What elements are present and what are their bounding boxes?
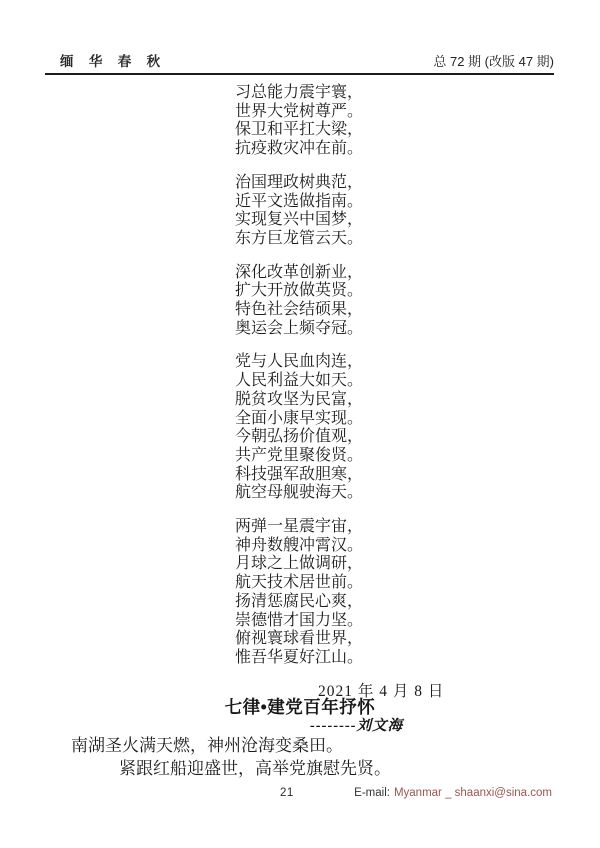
issue-info: 总 72 期 (改版 47 期) — [433, 51, 554, 70]
email-address: Myanmar _ shaanxi@sina.com — [394, 787, 552, 799]
poem-line: 俯视寰球看世界， — [235, 630, 444, 649]
poem-line: 月球之上做调研， — [235, 555, 444, 574]
poem-line: 人民利益大如天。 — [235, 372, 444, 391]
second-poem-body: 南湖圣火满天燃，神州沧海变桑田。 紧跟红船迎盛世，高举党旗慰先贤。 — [71, 735, 391, 780]
poem-line: 脱贫攻坚为民富， — [235, 391, 444, 410]
page-header: 缅 华 春 秋 总 72 期 (改版 47 期) — [45, 52, 554, 75]
page-number: 21 — [280, 787, 294, 799]
poem-line: 近平文选做指南。 — [235, 193, 444, 212]
poem-stanza: 治国理政树典范，近平文选做指南。实现复兴中国梦，东方巨龙管云天。 — [235, 174, 444, 249]
poem-line: 世界大党树尊严。 — [235, 103, 444, 122]
poem-line: 今朝弘扬价值观， — [235, 428, 444, 447]
poem-line: 神舟数艘冲霄汉。 — [235, 537, 444, 556]
poem-stanza: 深化改革创新业，扩大开放做英贤。特色社会结硕果，奥运会上频夺冠。 — [235, 264, 444, 339]
second-poem-author: --------刘文海 — [310, 714, 403, 735]
journal-title: 缅 华 春 秋 — [45, 50, 166, 70]
poem-line: 科技强军敌胆寒， — [235, 466, 444, 485]
poem-line: 全面小康早实现。 — [235, 410, 444, 429]
second-poem-title: 七律•建党百年抒怀 — [0, 694, 600, 719]
poem-line: 扬清惩腐民心爽， — [235, 593, 444, 612]
magazine-page: 缅 华 春 秋 总 72 期 (改版 47 期) 习总能力震宇寰，世界大党树尊严… — [0, 0, 600, 848]
main-poem: 习总能力震宇寰，世界大党树尊严。保卫和平扛大梁，抗疫救灾冲在前。 治国理政树典范… — [235, 84, 444, 701]
email-label: E-mail: — [354, 787, 390, 799]
poem-line: 南湖圣火满天燃，神州沧海变桑田。 — [71, 735, 391, 758]
footer-email: E-mail:Myanmar _ shaanxi@sina.com — [354, 787, 552, 799]
poem-line: 保卫和平扛大梁， — [235, 121, 444, 140]
poem-line: 惟吾华夏好江山。 — [235, 649, 444, 668]
poem-line: 航空母舰驶海天。 — [235, 484, 444, 503]
poem-line: 扩大开放做英贤。 — [235, 282, 444, 301]
poem-line: 两弹一星震宇宙， — [235, 518, 444, 537]
poem-line: 奥运会上频夺冠。 — [235, 320, 444, 339]
poem-line: 深化改革创新业， — [235, 264, 444, 283]
poem-line: 实现复兴中国梦， — [235, 211, 444, 230]
poem-line: 治国理政树典范， — [235, 174, 444, 193]
poem-line: 紧跟红船迎盛世，高举党旗慰先贤。 — [119, 758, 391, 781]
poem-stanza: 习总能力震宇寰，世界大党树尊严。保卫和平扛大梁，抗疫救灾冲在前。 — [235, 84, 444, 159]
poem-line: 崇德惜才国力坚。 — [235, 612, 444, 631]
poem-line: 东方巨龙管云天。 — [235, 230, 444, 249]
page-footer: 21 E-mail:Myanmar _ shaanxi@sina.com — [0, 787, 600, 803]
poem-line: 抗疫救灾冲在前。 — [235, 140, 444, 159]
poem-stanza: 两弹一星震宇宙，神舟数艘冲霄汉。月球之上做调研，航天技术居世前。扬清惩腐民心爽，… — [235, 518, 444, 668]
poem-line: 特色社会结硕果， — [235, 301, 444, 320]
poem-line: 航天技术居世前。 — [235, 574, 444, 593]
poem-line: 党与人民血肉连， — [235, 353, 444, 372]
poem-line: 共产党里聚俊贤。 — [235, 447, 444, 466]
poem-line: 习总能力震宇寰， — [235, 84, 444, 103]
poem-stanza: 党与人民血肉连，人民利益大如天。脱贫攻坚为民富，全面小康早实现。今朝弘扬价值观，… — [235, 353, 444, 503]
